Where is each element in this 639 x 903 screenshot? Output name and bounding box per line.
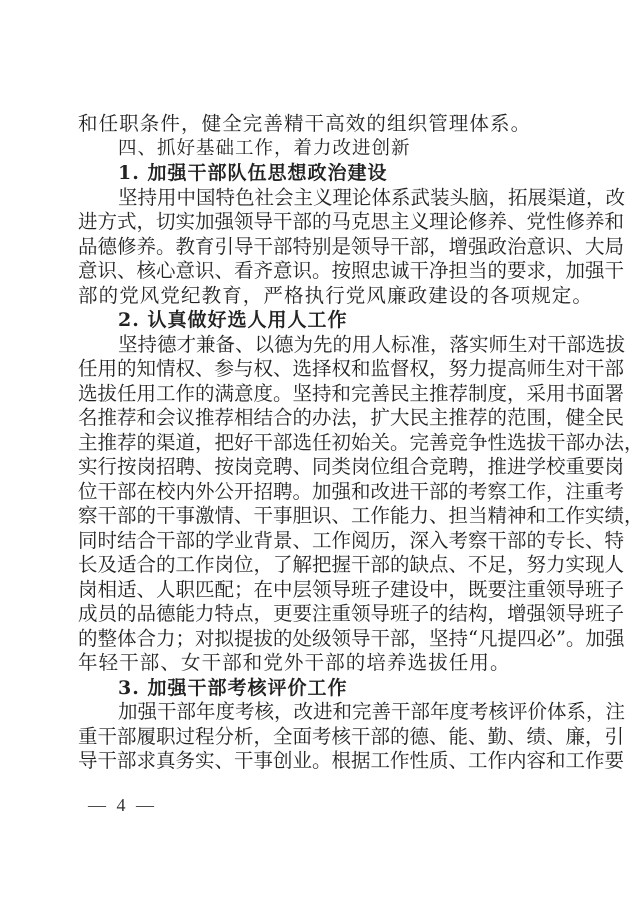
subheading-3: 3. 加强干部考核评价工作 [78, 676, 552, 701]
paragraph-line: 同时结合干部的学业背景、工作阅历，深入考察干部的专长、特 [78, 529, 552, 554]
paragraph-line: 长及适合的工作岗位，了解把握干部的缺点、不足，努力实现人 [78, 553, 552, 578]
page-number: — 4 — [88, 795, 157, 816]
paragraph-line: 意识、核心意识、看齐意识。按照忠诚干净担当的要求，加强干 [78, 259, 552, 284]
paragraph-line: 任用的知情权、参与权、选择权和监督权，努力提高师生对干部 [78, 357, 552, 382]
paragraph-line: 察干部的干事激情、干事胆识、工作能力、担当精神和工作实绩， [78, 504, 552, 529]
paragraph-line: 重干部履职过程分析，全面考核干部的德、能、勤、绩、廉，引 [78, 725, 552, 750]
paragraph-line: 名推荐和会议推荐相结合的办法，扩大民主推荐的范围，健全民 [78, 406, 552, 431]
paragraph-line: 实行按岗招聘、按岗竞聘、同类岗位组合竞聘，推进学校重要岗 [78, 455, 552, 480]
paragraph-line: 的整体合力；对拟提拔的处级领导干部，坚持“凡提四必”。加强 [78, 627, 552, 652]
paragraph-line: 成员的品德能力特点，更要注重领导班子的结构，增强领导班子 [78, 602, 552, 627]
subheading-1: 1. 加强干部队伍思想政治建设 [78, 161, 552, 186]
paragraph-line: 坚持德才兼备、以德为先的用人标准，落实师生对干部选拔 [78, 333, 552, 358]
paragraph-line: 导干部求真务实、干事创业。根据工作性质、工作内容和工作要 [78, 749, 552, 774]
paragraph-line: 进方式，切实加强领导干部的马克思主义理论修养、党性修养和 [78, 210, 552, 235]
section-heading: 四、抓好基础工作，着力改进创新 [78, 137, 552, 162]
paragraph-line: 加强干部年度考核，改进和完善干部年度考核评价体系，注 [78, 700, 552, 725]
paragraph-line: 品德修养。教育引导干部特别是领导干部，增强政治意识、大局 [78, 235, 552, 260]
paragraph-line: 选拔任用工作的满意度。坚持和完善民主推荐制度，采用书面署 [78, 382, 552, 407]
paragraph-line: 部的党风党纪教育，严格执行党风廉政建设的各项规定。 [78, 284, 552, 309]
paragraph-line: 岗相适、人职匹配；在中层领导班子建设中，既要注重领导班子 [78, 578, 552, 603]
paragraph-line: 年轻干部、女干部和党外干部的培养选拔任用。 [78, 651, 552, 676]
paragraph-line: 主推荐的渠道，把好干部选任初始关。完善竞争性选拔干部办法， [78, 431, 552, 456]
body-line: 和任职条件，健全完善精干高效的组织管理体系。 [78, 112, 552, 137]
subheading-2: 2. 认真做好选人用人工作 [78, 308, 552, 333]
document-page: 和任职条件，健全完善精干高效的组织管理体系。 四、抓好基础工作，着力改进创新 1… [78, 112, 552, 774]
paragraph-line: 位干部在校内外公开招聘。加强和改进干部的考察工作，注重考 [78, 480, 552, 505]
paragraph-line: 坚持用中国特色社会主义理论体系武装头脑，拓展渠道，改 [78, 186, 552, 211]
